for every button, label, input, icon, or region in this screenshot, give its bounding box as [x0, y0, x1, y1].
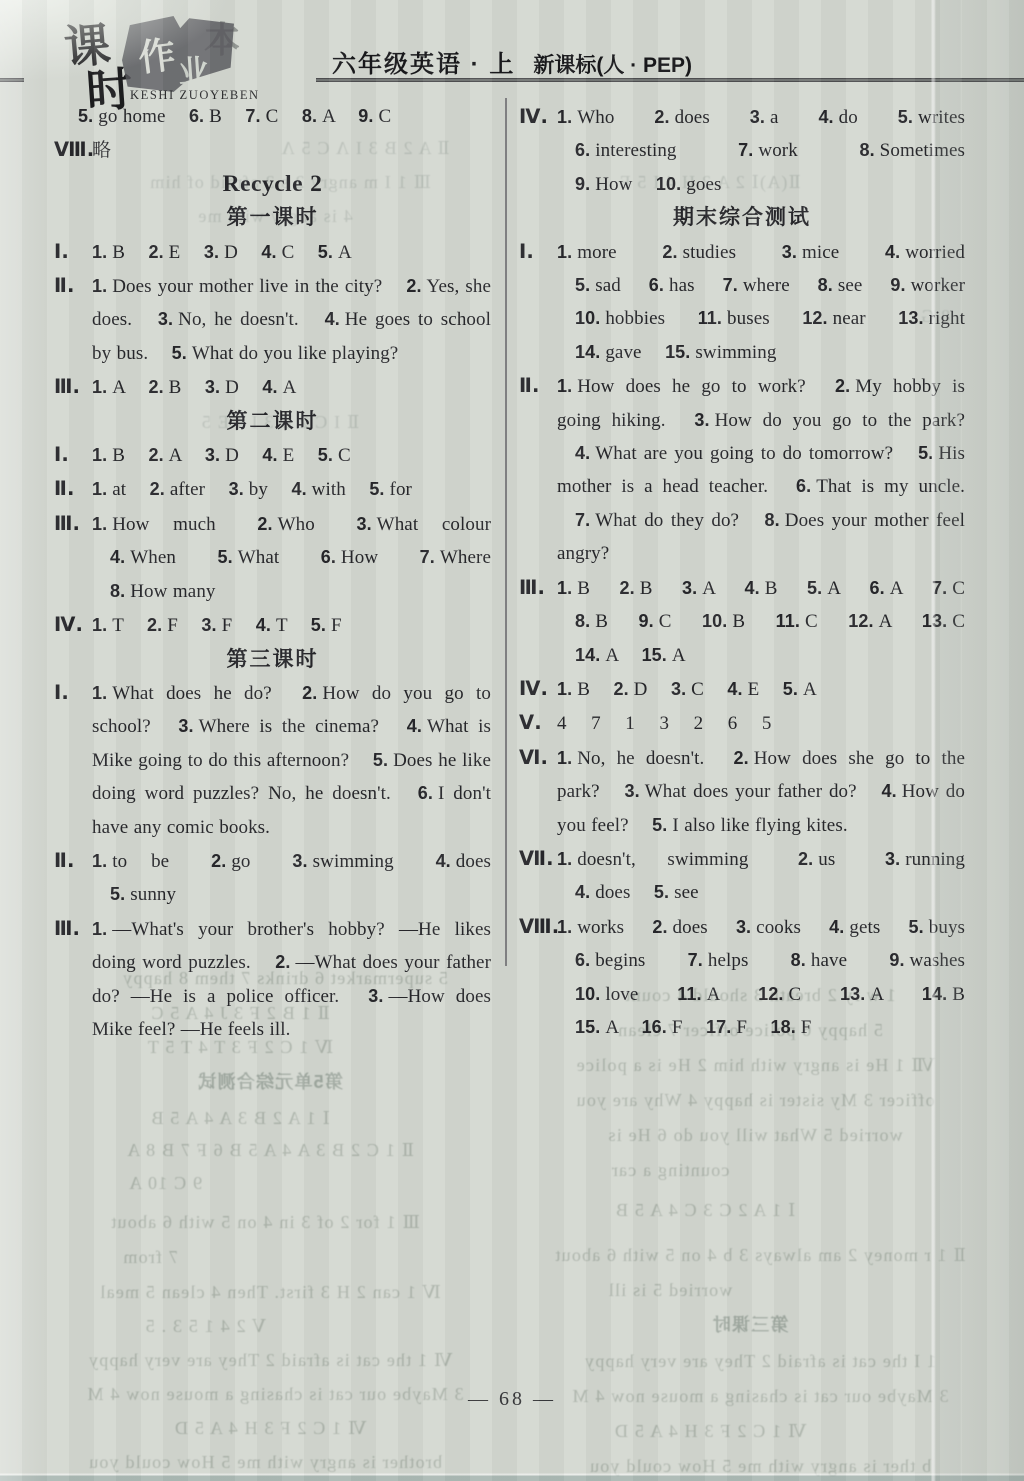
answer-text: C [788, 984, 801, 1005]
answer-text: C [379, 106, 392, 127]
section-heading: 第一课时 [54, 201, 491, 234]
answer-text: A [338, 242, 352, 263]
item-number: 6. [321, 547, 336, 567]
item-number: 2. [148, 377, 163, 397]
item-number: 8. [818, 275, 833, 295]
item-number: 12. [848, 611, 873, 631]
bleed-through-line: Ⅵ 1 C 2 F 3 H 4 A 5 D [540, 1421, 880, 1441]
item-number: 9. [890, 275, 905, 295]
answer-text: C [952, 611, 965, 632]
answer-text: How much [112, 514, 216, 535]
answer-text: B [732, 611, 745, 632]
item-number: 1. [92, 276, 107, 296]
item-number: 2. [406, 276, 421, 296]
item-number: 9. [575, 174, 590, 194]
item-number: 9. [358, 106, 373, 126]
item-number: 3. [205, 445, 220, 465]
item-number: 2. [835, 376, 850, 396]
answer-text: A [605, 1017, 618, 1038]
item-number: 3. [292, 851, 307, 871]
item-number: 7. [932, 578, 947, 598]
brand-logo: 课 时 本 作 业 KESHI ZUOYEBEN [52, 14, 332, 110]
answer-text: B [952, 984, 965, 1005]
answer-paragraph: Ⅰ.1.What does he do? 2.How do you go to … [54, 676, 491, 844]
answer-text: have [811, 950, 847, 971]
answer-text: B [112, 445, 125, 466]
item-number: 4. [407, 716, 422, 736]
answer-text: cooks [756, 917, 801, 938]
item-number: 1. [557, 578, 572, 598]
section-numeral: Ⅰ. [519, 235, 557, 268]
answer-paragraph: Ⅰ.1.more 2.studies 3.mice 4.worried 5.sa… [519, 235, 965, 370]
item-number: 5. [369, 479, 384, 499]
item-number: 11. [776, 611, 800, 631]
item-number: 10. [575, 984, 600, 1004]
item-number: 5. [78, 106, 93, 126]
item-number: 5. [217, 547, 232, 567]
column-divider [505, 98, 507, 966]
section-numeral: Ⅱ. [54, 472, 92, 505]
item-number: 7. [245, 106, 260, 126]
item-number: 3. [671, 679, 686, 699]
item-number: 8. [765, 510, 780, 530]
item-number: 17. [706, 1017, 731, 1037]
item-number: 4. [829, 917, 844, 937]
item-number: 7. [738, 140, 753, 160]
item-number: 6. [189, 106, 204, 126]
page-number: — 68 — [0, 1388, 1024, 1411]
item-number: 5. [110, 884, 125, 904]
answer-text: How many [130, 581, 215, 602]
item-number: 11. [677, 984, 701, 1004]
item-number: 3. [750, 107, 765, 127]
answer-text: has [669, 275, 695, 296]
answer-text: a [770, 107, 779, 128]
item-number: 4. [818, 107, 833, 127]
answer-paragraph: Ⅲ.1.—What's your brother's hobby? —He li… [54, 912, 491, 1047]
answer-paragraph: Ⅳ.1.B 2.D 3.C 4.E 5.A [519, 672, 965, 706]
answer-text: after [170, 479, 205, 500]
answer-text: A [605, 645, 618, 666]
item-number: 6. [575, 140, 590, 160]
item-number: 9. [889, 950, 904, 970]
answer-text: F [672, 1017, 683, 1038]
answer-text: B [112, 242, 125, 263]
right-column: Ⅳ.1.Who 2.does 3.a 4.do 5.writes 6.inter… [519, 100, 965, 1044]
answer-text: right [929, 308, 965, 329]
item-number: 5. [898, 107, 913, 127]
item-number: 1. [557, 849, 572, 869]
answer-paragraph: Ⅷ.1.works 2.does 3.cooks 4.gets 5.buys 6… [519, 910, 965, 1045]
answer-text: works [577, 917, 624, 938]
bleed-through-line: Ⅰ 1 A 2 B 3 A 4 A 5 B [75, 1108, 405, 1128]
answer-text: What do they do? [595, 510, 739, 531]
item-number: 1. [557, 376, 572, 396]
section-heading: 期末综合测试 [519, 201, 965, 234]
item-number: 5. [918, 443, 933, 463]
item-number: 6. [575, 950, 590, 970]
answer-text: more [577, 242, 616, 263]
item-number: 3. [205, 377, 220, 397]
answer-text: sad [595, 275, 621, 296]
section-numeral: Ⅰ. [54, 676, 92, 709]
item-number: 8. [791, 950, 806, 970]
answer-text: T [112, 615, 123, 636]
section-heading: 第二课时 [54, 405, 491, 438]
bleed-through-line: Ⅱ 1 C 2 B 3 A 4 A 5 B 6 F 7 B 8 A [60, 1140, 480, 1160]
item-number: 4. [110, 547, 125, 567]
item-number: 1. [92, 919, 107, 939]
answer-text: F [736, 1017, 747, 1038]
answer-text: helps [708, 950, 749, 971]
item-number: 2. [150, 479, 165, 499]
section-numeral: Ⅲ. [54, 912, 92, 945]
item-number: 3. [885, 849, 900, 869]
answer-text: studies [683, 242, 736, 263]
item-number: 1. [92, 479, 107, 499]
bleed-through-line: brother is angry with me 5 How could you [30, 1452, 500, 1472]
answer-paragraph: Ⅱ.1.to be 2.go 3.swimming 4.does 5.sunny [54, 844, 491, 912]
item-number: 3. [356, 514, 371, 534]
item-number: 5. [807, 578, 822, 598]
answer-text: How do you go to the park? [715, 410, 965, 431]
answer-text: C [805, 611, 818, 632]
item-number: 3. [158, 309, 173, 329]
answer-text: F [167, 615, 178, 636]
answer-text: A [803, 679, 817, 700]
answer-text: What does your father do? [645, 781, 857, 802]
answer-text: A [169, 445, 182, 466]
answer-text: No, he doesn't. [577, 748, 704, 769]
answer-text: by [249, 479, 268, 500]
answer-text: B [595, 611, 608, 632]
section-numeral: Ⅴ. [519, 706, 557, 739]
answer-text: us [818, 849, 835, 870]
item-number: 6. [870, 578, 885, 598]
section-numeral: Ⅳ. [519, 672, 557, 705]
answer-text: begins [595, 950, 645, 971]
item-number: 6. [649, 275, 664, 295]
answer-text: go home [98, 106, 165, 127]
section-numeral: Ⅲ. [54, 507, 92, 540]
section-numeral: Ⅳ. [519, 100, 557, 133]
item-number: 15. [665, 342, 690, 362]
answer-text: B [577, 578, 590, 599]
bleed-through-line: Ⅰ 1 A 2 C 3 C 4 A 5 B [540, 1200, 870, 1220]
item-number: 2. [257, 514, 272, 534]
item-number: 1. [92, 683, 107, 703]
answer-text: sunny [130, 884, 176, 905]
answer-paragraph: Ⅰ.1.B 2.E 3.D 4.C 5.A [54, 235, 491, 269]
item-number: 2. [275, 952, 290, 972]
answer-text: does [675, 107, 710, 128]
item-number: 4. [882, 781, 897, 801]
item-number: 2. [211, 851, 226, 871]
item-number: 5. [654, 882, 669, 902]
answer-text: doesn't, swimming [577, 849, 748, 870]
item-number: 2. [148, 445, 163, 465]
answer-text: do [839, 107, 858, 128]
item-number: 3. [694, 410, 709, 430]
answer-text: C [691, 679, 704, 700]
answer-text: I also like flying kites. [672, 815, 847, 836]
answer-text: What does he do? [112, 683, 272, 704]
item-number: 3. [368, 986, 383, 1006]
answer-paragraph: Ⅲ.1.A 2.B 3.D 4.A [54, 370, 491, 404]
item-number: 5. [909, 917, 924, 937]
answer-text: Who [577, 107, 614, 128]
answer-paragraph: Ⅰ.1.B 2.A 3.D 4.E 5.C [54, 438, 491, 472]
answer-paragraph: Ⅱ.1.How does he go to work? 2.My hobby i… [519, 369, 965, 570]
answer-text: at [112, 479, 126, 500]
answer-text: goes [686, 174, 721, 195]
answer-paragraph: Ⅲ.1.B 2.B 3.A 4.B 5.A 6.A 7.C 8.B 9.C 10… [519, 571, 965, 672]
item-number: 1. [92, 851, 107, 871]
open-book-icon: 作 业 [122, 16, 234, 92]
item-number: 3. [736, 917, 751, 937]
answer-text: gets [849, 917, 880, 938]
item-number: 5. [575, 275, 590, 295]
item-number: 11. [698, 308, 722, 328]
item-number: 6. [796, 476, 811, 496]
section-numeral: Ⅷ. [519, 910, 557, 943]
scanned-answer-page: 课 时 本 作 业 KESHI ZUOYEBEN 六年级英语 · 上新课标(人 … [0, 0, 1024, 1481]
answer-text: F [331, 615, 342, 636]
bleed-through-line: worried 5 is ill [560, 1280, 780, 1300]
item-number: 2. [662, 242, 677, 262]
answer-text: C [338, 445, 351, 466]
item-number: 7. [420, 547, 435, 567]
answer-paragraph: Ⅲ.1.How much 2.Who 3.What colour 4.When … [54, 507, 491, 608]
item-number: 2. [302, 683, 317, 703]
item-number: 4. [261, 242, 276, 262]
item-number: 8. [575, 611, 590, 631]
item-number: 1. [92, 445, 107, 465]
answer-text: B [765, 578, 778, 599]
answer-paragraph: Ⅷ.略 [54, 133, 491, 167]
item-number: 8. [859, 140, 874, 160]
logo-char-zuo: 作 [135, 24, 178, 82]
item-number: 4. [745, 578, 760, 598]
answer-text: A [827, 578, 840, 599]
answer-paragraph: Ⅳ.1.Who 2.does 3.a 4.do 5.writes 6.inter… [519, 100, 965, 201]
item-number: 5. [373, 750, 388, 770]
item-number: 4. [256, 615, 271, 635]
answer-paragraph: Ⅵ.1.No, he doesn't. 2.How does she go to… [519, 741, 965, 842]
answer-text: writes [918, 107, 965, 128]
answer-text: Where is the cinema? [199, 716, 379, 737]
answer-text: see [674, 882, 699, 903]
answer-text: A [112, 377, 125, 398]
item-number: 4. [727, 679, 742, 699]
bleed-through-line: Ⅱ 1 r money 2 am always 3 b 4 on 5 with … [540, 1245, 980, 1265]
item-number: 13. [922, 611, 947, 631]
section-numeral: Ⅰ. [54, 438, 92, 471]
answer-text: D [634, 679, 648, 700]
answer-text: Sometimes [880, 140, 965, 161]
item-number: 7. [688, 950, 703, 970]
bleed-through-line: Ⅵ 1 the cat is afraid 2 They are very ha… [55, 1350, 485, 1370]
section-heading: Recycle 2 [54, 168, 491, 201]
answer-text: go [231, 851, 250, 872]
answer-text: E [169, 242, 181, 263]
answer-text: A [890, 578, 903, 599]
item-number: 13. [898, 308, 923, 328]
item-number: 1. [92, 377, 107, 397]
answer-text: 4 7 1 3 2 6 5 [557, 713, 772, 734]
answer-paragraph: Ⅱ.1.Does your mother live in the city? 2… [54, 269, 491, 370]
answer-text: worried [905, 242, 965, 263]
answer-text: swimming [313, 851, 394, 872]
book-title: 六年级英语 · 上 [332, 51, 515, 78]
answer-text: A [707, 984, 720, 1005]
answer-text: work [758, 140, 797, 161]
item-number: 18. [770, 1017, 795, 1037]
item-number: 3. [682, 578, 697, 598]
section-numeral: Ⅱ. [54, 844, 92, 877]
item-number: 4. [291, 479, 306, 499]
item-number: 2. [613, 679, 628, 699]
answer-text: does [595, 882, 630, 903]
item-number: 5. [652, 815, 667, 835]
answer-text: worker [911, 275, 965, 296]
answer-text: E [748, 679, 760, 700]
item-number: 13. [840, 984, 865, 1004]
answer-text: buses [727, 308, 770, 329]
answer-text: F [801, 1017, 812, 1038]
answer-text: E [283, 445, 295, 466]
item-number: 3. [229, 479, 244, 499]
item-number: 7. [723, 275, 738, 295]
answer-text: love [605, 984, 638, 1005]
section-heading: 第三课时 [54, 643, 491, 676]
answer-text: running [905, 849, 965, 870]
answer-text: F [222, 615, 233, 636]
answer-text: does [673, 917, 708, 938]
item-number: 2. [147, 615, 162, 635]
item-number: 1. [557, 917, 572, 937]
item-number: 4. [262, 377, 277, 397]
item-number: 12. [758, 984, 783, 1004]
answer-text: mice [802, 242, 839, 263]
answer-text: A [322, 106, 335, 127]
section-numeral: Ⅵ. [519, 741, 557, 774]
answer-text: Where [440, 547, 491, 568]
bleed-through-line: 1 I the cat is afraid 2 They are very ha… [540, 1351, 980, 1371]
answer-text: for [390, 479, 412, 500]
item-number: 8. [110, 581, 125, 601]
item-number: 4. [262, 445, 277, 465]
item-number: 14. [575, 342, 600, 362]
answer-paragraph: Ⅴ.4 7 1 3 2 6 5 [519, 706, 965, 740]
item-number: 5. [172, 343, 187, 363]
bleed-through-line: 第5单元综合测试 [140, 1072, 400, 1092]
item-number: 4. [325, 309, 340, 329]
left-column: 5.go home 6.B 7.C 8.A 9.CⅧ.略Recycle 2第一课… [54, 100, 491, 1046]
answer-text: buys [929, 917, 965, 938]
answer-text: What colour [377, 514, 491, 535]
item-number: 2. [654, 107, 669, 127]
answer-text: What are you going to do tomorrow? [595, 443, 893, 464]
section-numeral: Ⅱ. [54, 269, 92, 302]
bleed-through-line: Ⅶ 1 He is angry with him 2 He is a polic… [540, 1055, 970, 1075]
item-number: 15. [575, 1017, 600, 1037]
answer-text: A [870, 984, 883, 1005]
bleed-through-line: 7 from [95, 1247, 205, 1267]
answer-text: Who [278, 514, 315, 535]
item-number: 3. [201, 615, 216, 635]
answer-text: D [224, 242, 238, 263]
item-number: 2. [148, 242, 163, 262]
bleed-through-line: 9 C 10 A [95, 1173, 235, 1193]
item-number: 4. [575, 882, 590, 902]
answer-paragraph: Ⅳ.1.T 2.F 3.F 4.T 5.F [54, 608, 491, 642]
section-numeral: Ⅰ. [54, 235, 92, 268]
item-number: 1. [92, 514, 107, 534]
section-numeral: Ⅲ. [519, 571, 557, 604]
answer-text: C [659, 611, 672, 632]
answer-text: Does your mother live in the city? [112, 276, 382, 297]
answer-text: A [283, 377, 297, 398]
answer-text: C [282, 242, 295, 263]
bleed-through-line: Ⅳ 1 can 2 H 3 first. Then 4 clean 5 meal [55, 1282, 485, 1302]
answer-text: How [595, 174, 632, 195]
bleed-through-line: Ⅵ 1 C 2 F 3 H 4 A 5 D [40, 1418, 500, 1438]
item-number: 5. [318, 242, 333, 262]
answer-text: near [833, 308, 866, 329]
item-number: 2. [620, 578, 635, 598]
answer-text: B [640, 578, 653, 599]
item-number: 1. [92, 242, 107, 262]
item-number: 1. [557, 679, 572, 699]
item-number: 2. [734, 748, 749, 768]
answer-text: No, he doesn't. [178, 309, 299, 330]
answer-text: What do you like playing? [192, 343, 398, 364]
answer-text: A [672, 645, 686, 666]
answer-text: A [879, 611, 892, 632]
item-number: 16. [642, 1017, 667, 1037]
answer-text: 略 [92, 140, 111, 161]
answer-text: How does he go to work? [577, 376, 806, 397]
item-number: 10. [702, 611, 727, 631]
item-number: 3. [178, 716, 193, 736]
answer-text: interesting [595, 140, 676, 161]
answer-paragraph: Ⅱ.1.at 2.after 3.by 4.with 5.for [54, 472, 491, 506]
bleed-through-line: worried 5 What will you do 6 He is [540, 1125, 970, 1145]
item-number: 3. [204, 242, 219, 262]
bleed-through-line: officer 3 My sister is happy 4 Why are y… [540, 1090, 970, 1110]
section-numeral: Ⅱ. [519, 369, 557, 402]
item-number: 9. [639, 611, 654, 631]
item-number: 10. [656, 174, 681, 194]
bleed-through-line: Ⅲ 1 for 2 of 3 in 4 on 5 with 6 about [55, 1212, 475, 1232]
answer-text: washes [910, 950, 965, 971]
item-number: 12. [802, 308, 827, 328]
answer-text: hobbies [605, 308, 665, 329]
item-number: 3. [782, 242, 797, 262]
answer-text: How [341, 547, 378, 568]
item-number: 1. [557, 748, 572, 768]
answer-text: B [169, 377, 182, 398]
answer-text: to be [112, 851, 169, 872]
answer-text: gave [605, 342, 641, 363]
answer-text: B [209, 106, 222, 127]
bleed-through-line: Ⅴ 2 4 1 5 3 . 5 [75, 1316, 335, 1336]
section-numeral: Ⅷ. [54, 133, 92, 166]
item-number: 15. [642, 645, 667, 665]
section-numeral: Ⅳ. [54, 608, 92, 641]
item-number: 4. [436, 851, 451, 871]
